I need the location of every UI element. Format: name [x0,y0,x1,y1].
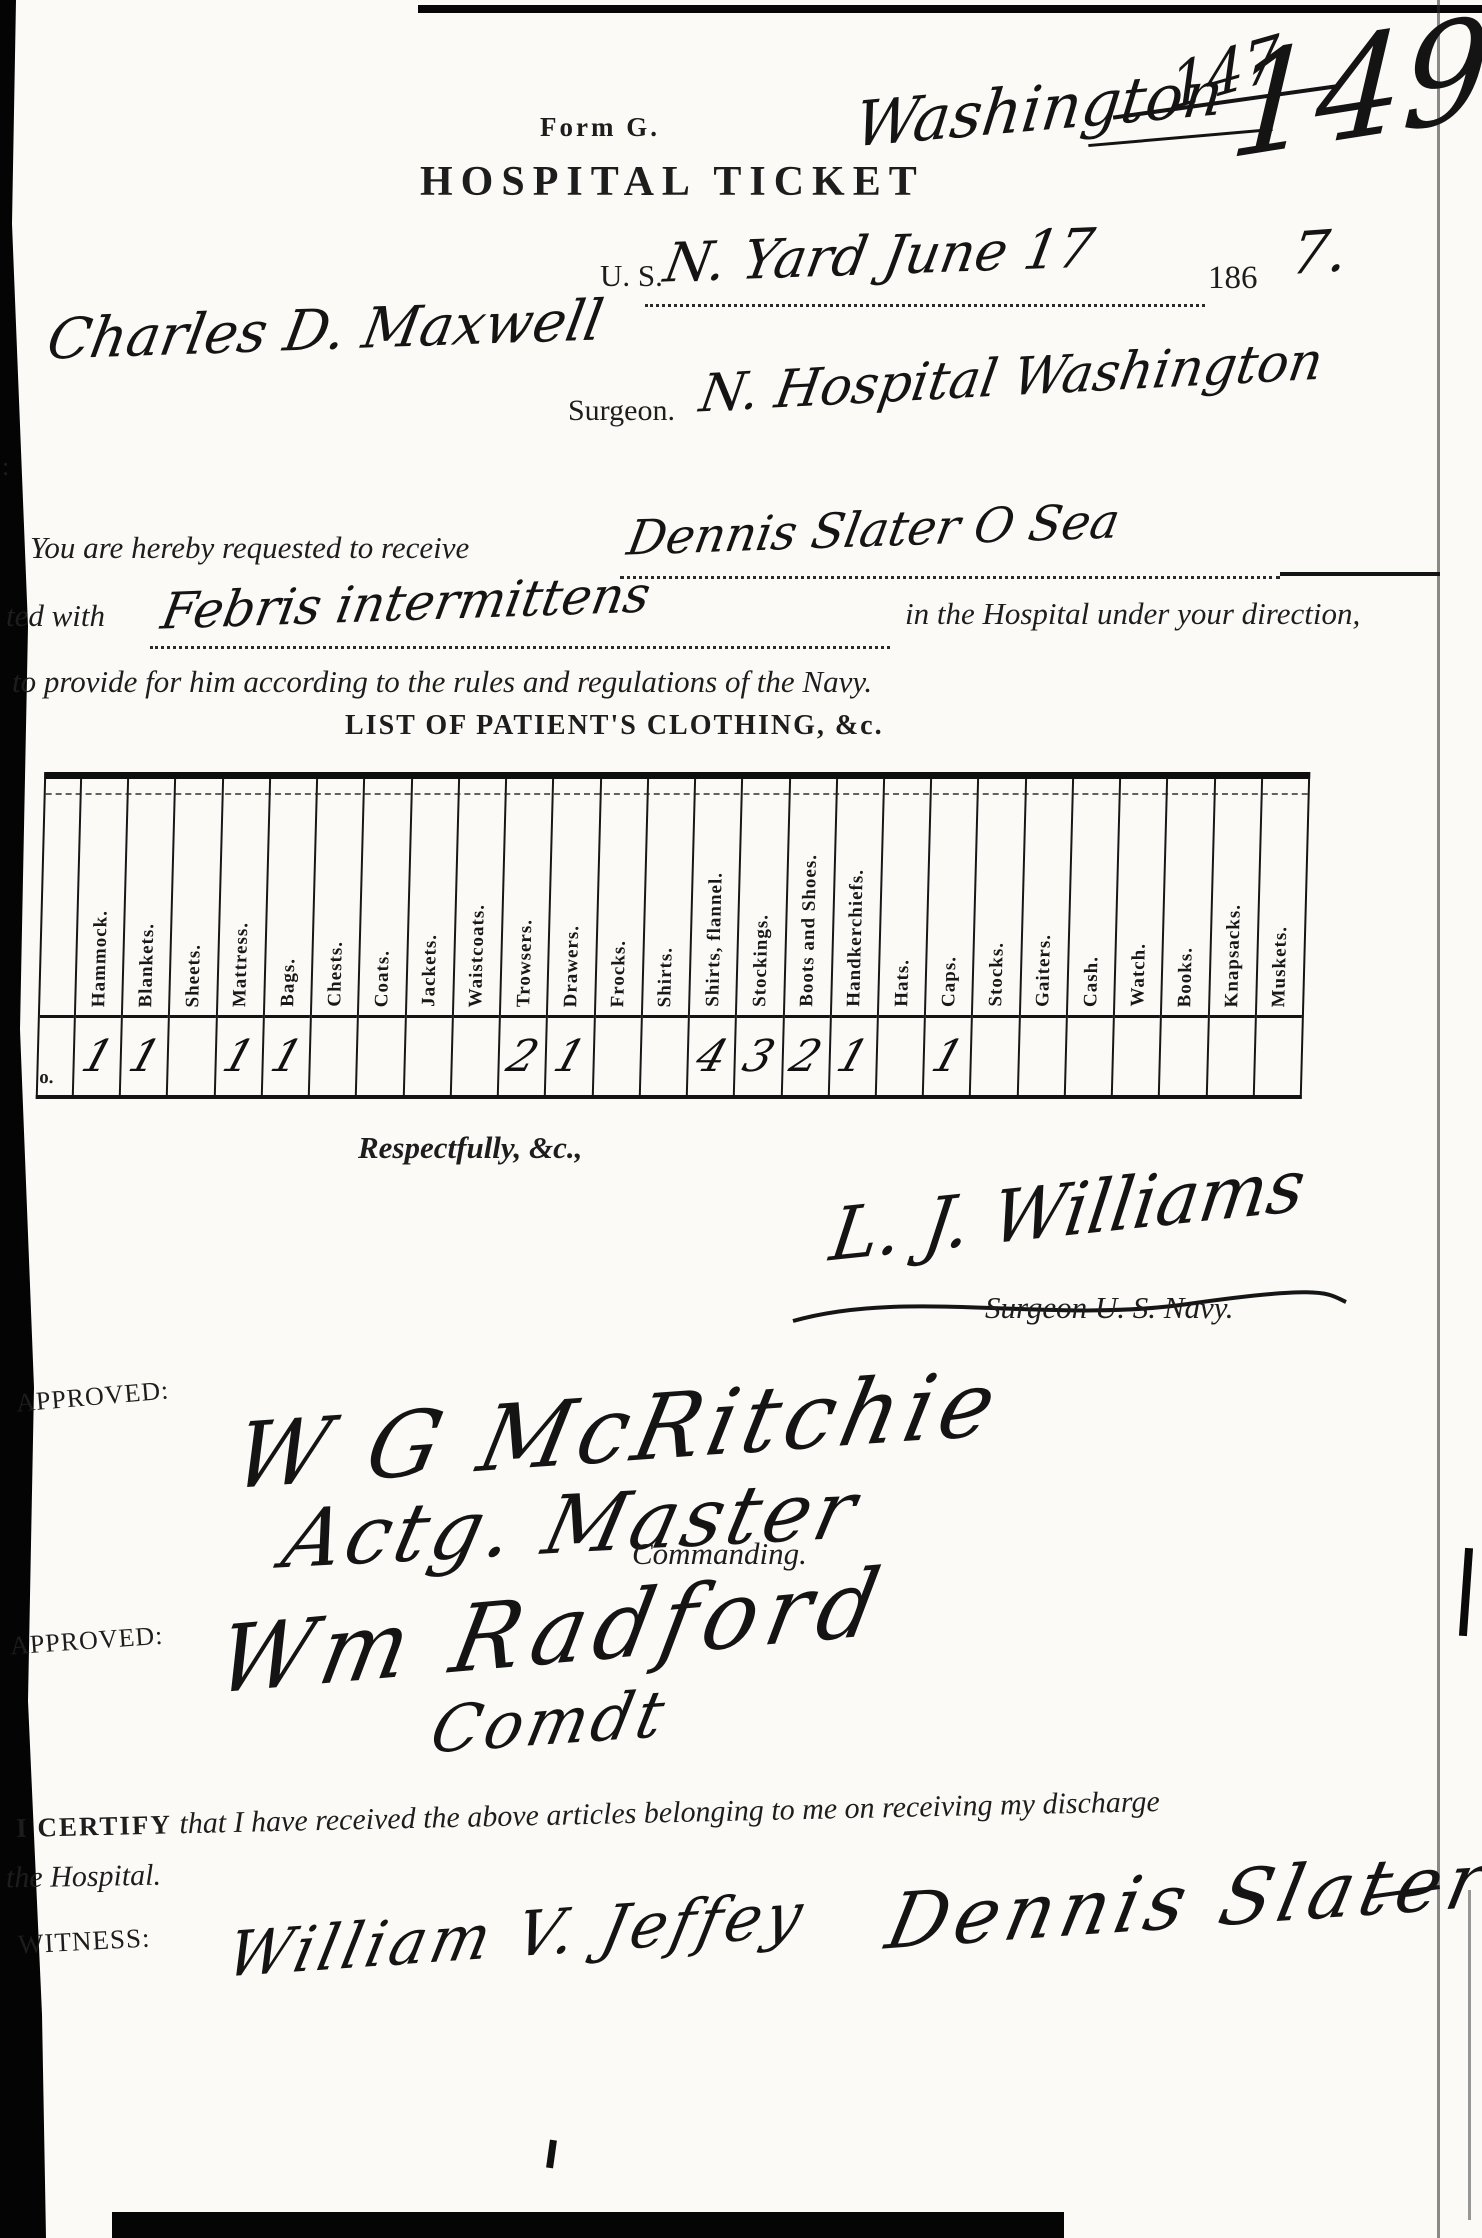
table-header-dash-line [46,793,1308,795]
scan-edge-left [0,0,46,2238]
date-prefix: U. S. [600,258,663,294]
clothing-column-header: Jackets. [407,779,458,1015]
clothing-column-header: Stocks. [973,779,1024,1015]
clothing-column-value [1019,1015,1066,1095]
clothing-column: Caps.1 [922,779,978,1095]
clothing-column-value: 1 [74,1015,121,1095]
condition-suffix-printed: in the Hospital under your direction, [905,596,1360,632]
clothing-list-title: LIST OF PATIENT'S CLOTHING, &c. [345,710,884,742]
clothing-column: Boots and Shoes.2 [780,779,836,1095]
clothing-column-value: 2 [782,1015,829,1095]
clothing-column-header: Mattress. [218,779,269,1015]
hospital-ticket-document: Form G. HOSPITAL TICKET Washington 147 1… [0,0,1482,2238]
clothing-column: Mattress.1 [214,779,270,1095]
clothing-column-header: Blankets. [123,779,174,1015]
clothing-column-header: Trowsers. [501,779,552,1015]
addressee-name-handwritten: Charles D. Maxwell [42,288,608,373]
condition-diagnosis-handwritten: Febris intermittens [157,565,655,640]
table-stub-label: o. [38,1015,74,1095]
clothing-column-value [971,1015,1018,1095]
clothing-column: Waistcoats. [450,779,506,1095]
clothing-column-value: 4 [688,1015,735,1095]
clothing-column-header: Handkerchiefs. [832,779,883,1015]
clothing-column: Handkerchiefs.1 [828,779,884,1095]
clothing-column-header: Bags. [265,779,316,1015]
approved-1-label: APPROVED: [15,1375,171,1418]
clothing-column-header: Watch. [1115,779,1166,1015]
clothing-column-value: 1 [121,1015,168,1095]
clothing-column-header: Coats. [359,779,410,1015]
clothing-column-header: Books. [1162,779,1213,1015]
clothing-column-header: Frocks. [595,779,646,1015]
scan-crease-right-segment [1459,1548,1473,1636]
clothing-column: Jackets. [402,779,458,1095]
provide-line: to provide for him according to the rule… [12,664,872,700]
clothing-column-header: Shirts, flannel. [690,779,741,1015]
date-dotted-line [645,304,1205,307]
surgeon-signature-title: Surgeon U. S. Navy. [985,1290,1234,1326]
clothing-column-value [168,1015,215,1095]
approved-2-label: APPROVED: [9,1621,164,1662]
clothing-column: Frocks. [591,779,647,1095]
clothing-column: Shirts. [639,779,695,1095]
scan-edge-bottom-bar [112,2212,1064,2238]
certify-lead: I CERTIFY [16,1809,172,1843]
clothing-column-value: 1 [924,1015,971,1095]
clothing-column: Bags.1 [261,779,317,1095]
clothing-column: Hats. [875,779,931,1095]
clothing-column-header: Drawers. [548,779,599,1015]
clothing-column-value [641,1015,688,1095]
clothing-column-header: Hats. [879,779,930,1015]
clothing-column-value: 1 [830,1015,877,1095]
clothing-column: Stockings.3 [733,779,789,1095]
clothing-column: Stocks. [969,779,1025,1095]
witness-signature-handwritten: William V. Jeffey [221,1877,813,1992]
clothing-column: Knapsacks. [1205,779,1261,1095]
clothing-column: Watch. [1111,779,1167,1095]
clothing-column-header: Boots and Shoes. [784,779,835,1015]
clothing-column: Gaiters. [1017,779,1073,1095]
surgeon-signature-handwritten: L. J. Williams [825,1142,1310,1277]
patient-signature-handwritten: Dennis Slater [879,1834,1482,1967]
request-printed: You are hereby requested to receive [30,530,469,566]
left-cut-fragment: : [2,452,9,482]
clothing-column-header: Hammock. [76,779,127,1015]
clothing-column-value [452,1015,499,1095]
clothing-column-header: Chests. [312,779,363,1015]
clothing-table: o. Hammock.1Blankets.1Sheets.Mattress.1B… [36,772,1311,1099]
clothing-column-header: Caps. [926,779,977,1015]
clothing-column-value [1113,1015,1160,1095]
clothing-column-header: Knapsacks. [1210,779,1261,1015]
witness-label: WITNESS: [17,1923,151,1961]
clothing-column-value [310,1015,357,1095]
clothing-column: Sheets. [166,779,222,1095]
clothing-column-value: 1 [263,1015,310,1095]
date-year-digit-handwritten: 7. [1287,216,1352,289]
clothing-column-value [1066,1015,1113,1095]
clothing-column-value [1255,1015,1302,1095]
scan-crease-right-lower [1468,1890,1471,2220]
condition-dotted-line [150,646,890,649]
clothing-column-header: Cash. [1068,779,1119,1015]
respectfully-note: Respectfully, &c., [358,1130,582,1166]
certify-line-1: I CERTIFY that I have received the above… [16,1785,1160,1845]
clothing-column: Muskets. [1253,779,1309,1095]
certify-line-2: the Hospital. [6,1859,162,1896]
certify-line-1-text: that I have received the above articles … [179,1785,1160,1840]
clothing-column-header: Sheets. [170,779,221,1015]
clothing-column-header: Gaiters. [1021,779,1072,1015]
condition-prefix-fragment: ted with [6,598,105,634]
request-dotted-line [620,576,1280,579]
clothing-column: Chests. [308,779,364,1095]
clothing-column-header: Shirts. [643,779,694,1015]
surgeon-station-handwritten: N. Hospital Washington [696,331,1328,424]
clothing-column-value [357,1015,404,1095]
clothing-column-value [593,1015,640,1095]
page-title: HOSPITAL TICKET [420,158,925,206]
clothing-column: Cash. [1064,779,1120,1095]
clothing-column: Blankets.1 [119,779,175,1095]
clothing-column: Hammock.1 [72,779,128,1095]
clothing-column-value [1160,1015,1207,1095]
clothing-column-value [1207,1015,1254,1095]
clothing-column-value [877,1015,924,1095]
clothing-column-value: 1 [546,1015,593,1095]
date-year-printed: 186 [1208,260,1258,297]
clothing-column-value: 2 [499,1015,546,1095]
request-patient-handwritten: Dennis Slater O Sea [623,493,1124,567]
clothing-column: Shirts, flannel.4 [686,779,742,1095]
clothing-column: Trowsers.2 [497,779,553,1095]
clothing-column-header: Stockings. [737,779,788,1015]
request-line-end [1280,572,1440,576]
clothing-column-value: 3 [735,1015,782,1095]
clothing-column-value [404,1015,451,1095]
clothing-column-header: Waistcoats. [454,779,505,1015]
date-station-handwritten: N. Yard June 17 [660,216,1099,294]
clothing-column: Books. [1158,779,1214,1095]
clothing-column-value: 1 [216,1015,263,1095]
clothing-column: Drawers.1 [544,779,600,1095]
clothing-column: Coats. [355,779,411,1095]
stray-mark [546,2140,557,2169]
surgeon-label: Surgeon. [568,394,675,428]
clothing-columns: Hammock.1Blankets.1Sheets.Mattress.1Bags… [72,779,1308,1095]
clothing-column-header: Muskets. [1257,779,1308,1015]
form-label: Form G. [540,112,660,143]
